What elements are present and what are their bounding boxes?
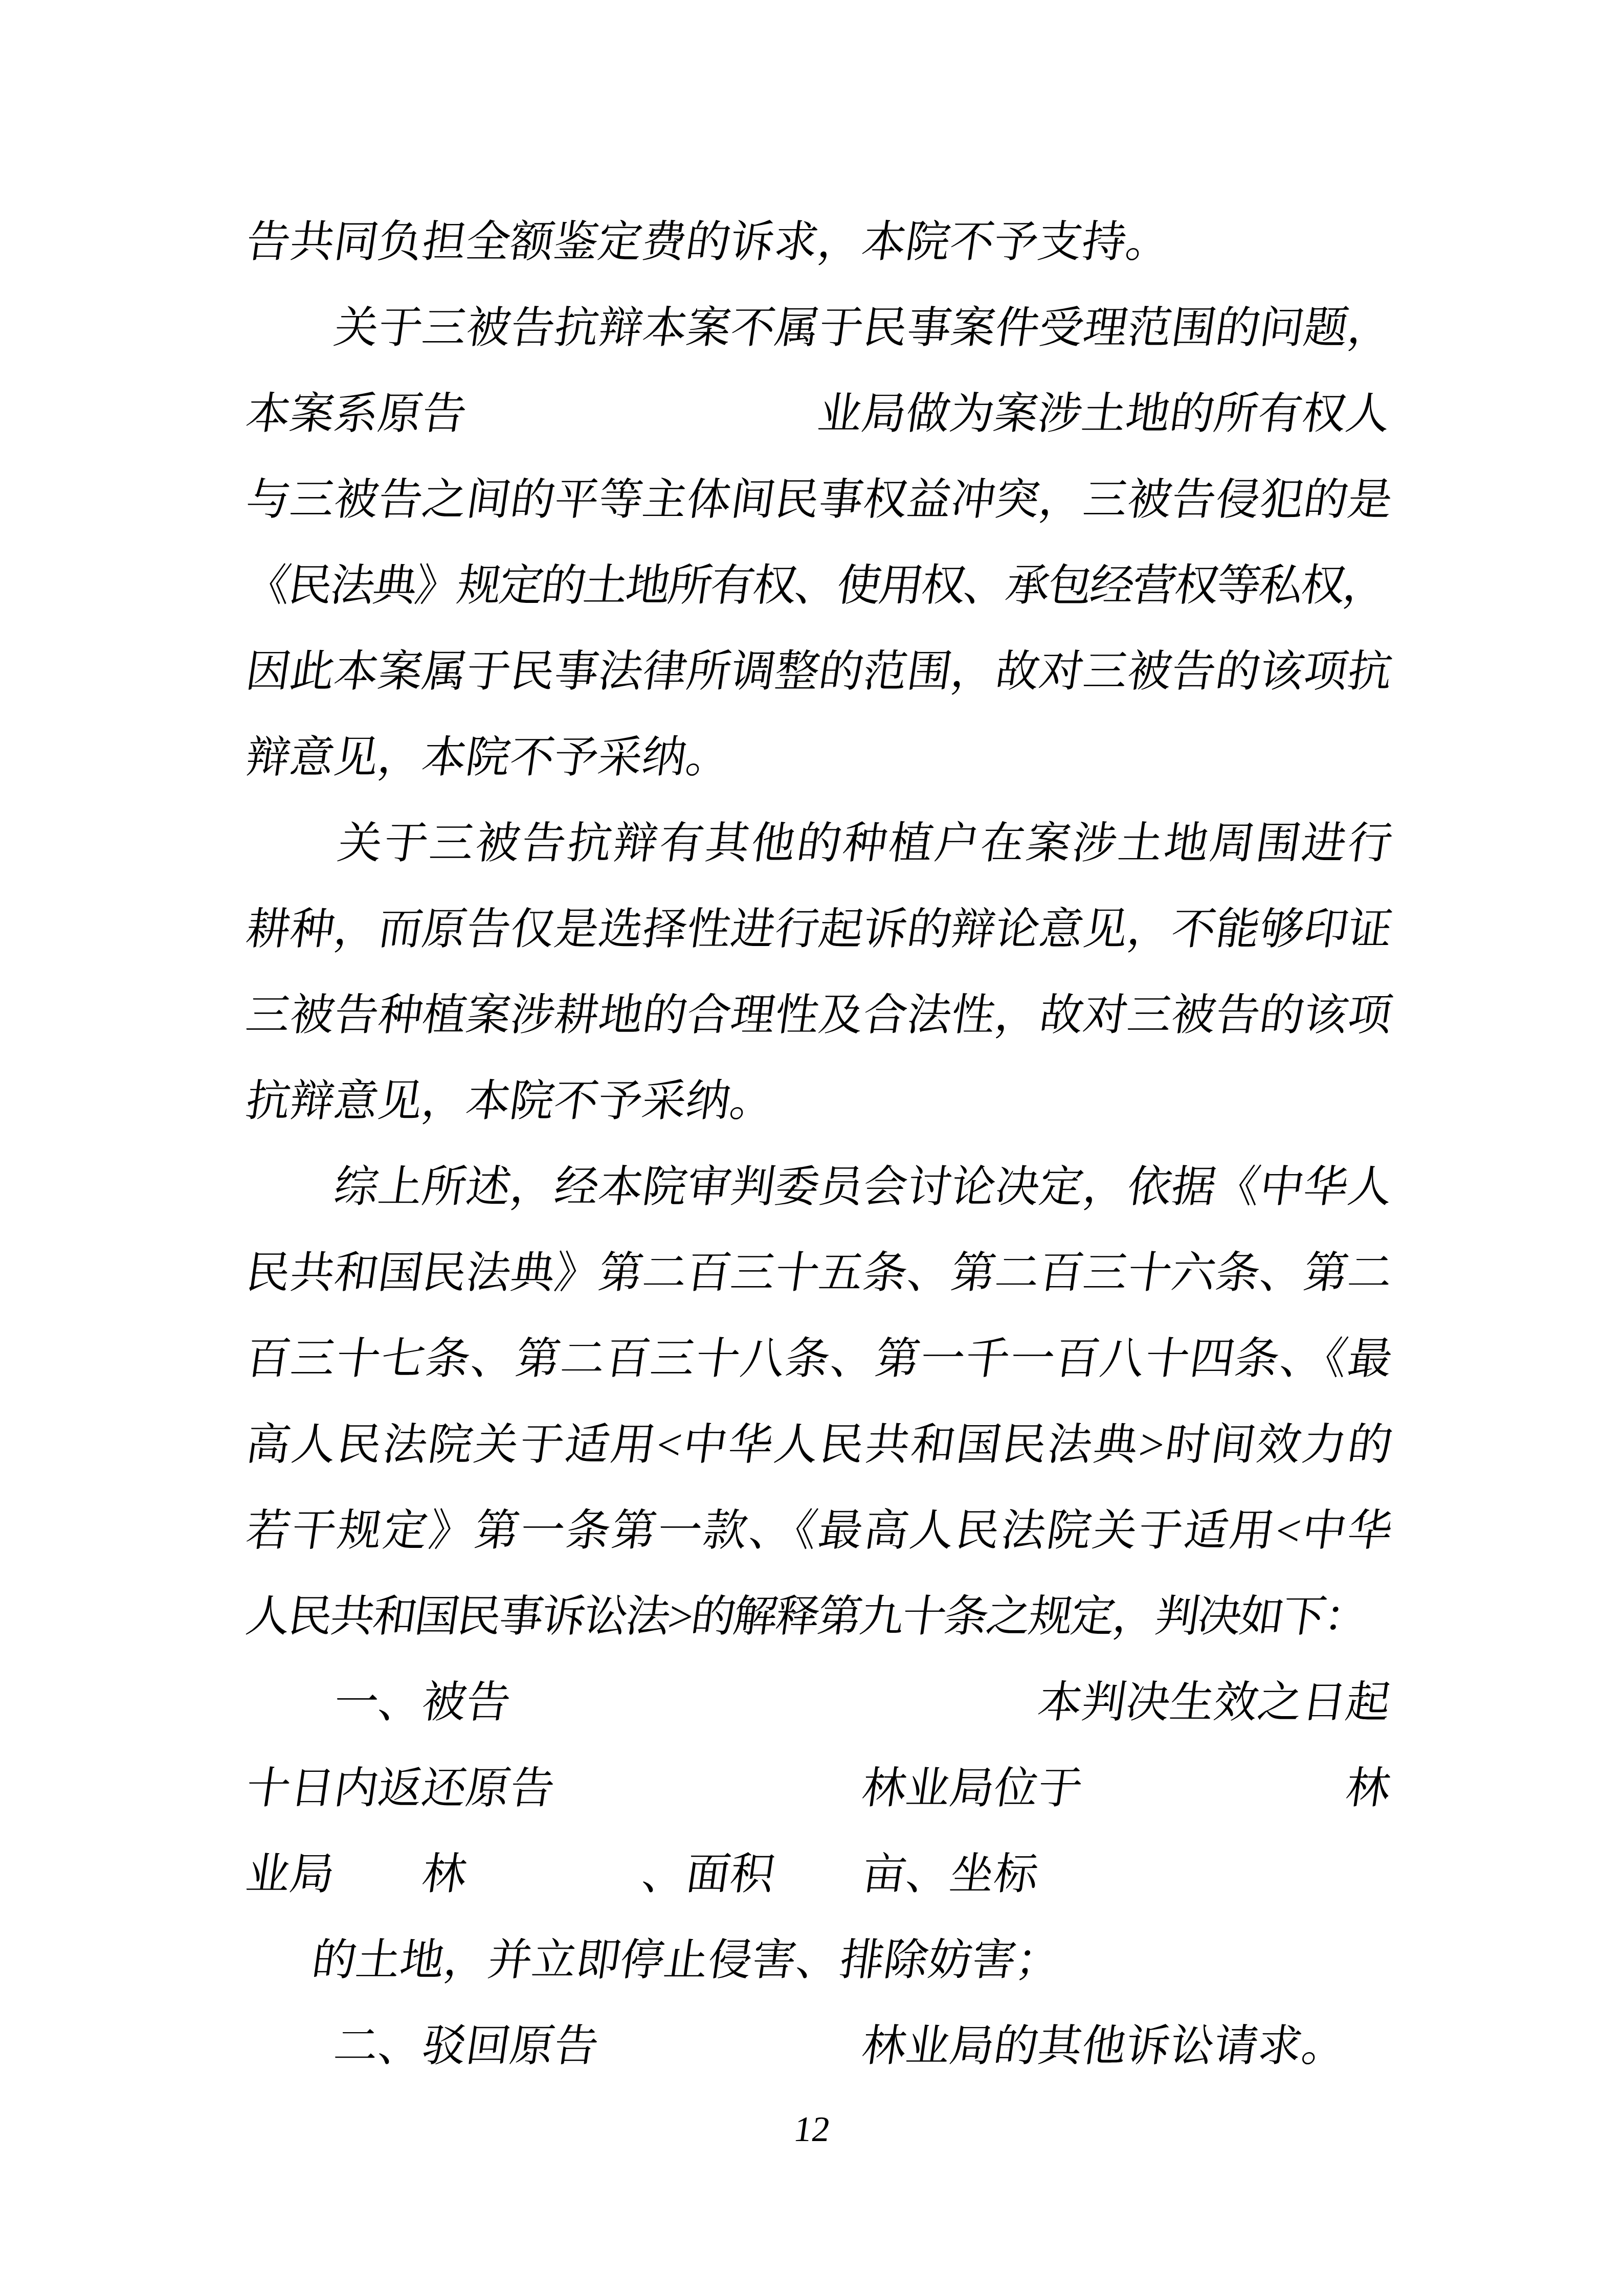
judgment-page: 告共同负担全额鉴定费的诉求，本院不予支持。 关于三被告抗辩本案不属于民事案件受理… [0, 0, 1624, 2296]
text-line: 告共同负担全额鉴定费的诉求，本院不予支持。 [240, 199, 1398, 285]
text-line: 民共和国民法典》第二百三十五条、第二百三十六条、第二 [240, 1230, 1398, 1316]
text-line: 抗辩意见，本院不予采纳。 [240, 1058, 1398, 1144]
text-line: 因此本案属于民事法律所调整的范围，故对三被告的该项抗 [240, 628, 1398, 714]
page-number: 12 [0, 2102, 1624, 2158]
text-line: 十日内返还原告 林业局位于 林 [240, 1745, 1398, 1831]
text-line: 辩意见，本院不予采纳。 [240, 714, 1398, 800]
text-line: 一、被告 本判决生效之日起 [240, 1659, 1398, 1745]
text-line: 高人民法院关于适用<中华人民共和国民法典>时间效力的 [240, 1402, 1398, 1488]
judgment-text-block: 告共同负担全额鉴定费的诉求，本院不予支持。 关于三被告抗辩本案不属于民事案件受理… [240, 199, 1386, 2089]
text-line: 的土地，并立即停止侵害、排除妨害； [240, 1917, 1398, 2003]
text-line: 人民共和国民事诉讼法>的解释第九十条之规定，判决如下： [240, 1573, 1398, 1659]
text-line: 与三被告之间的平等主体间民事权益冲突，三被告侵犯的是 [240, 457, 1398, 543]
text-line: 本案系原告 业局做为案涉土地的所有权人 [240, 371, 1398, 457]
text-line: 关于三被告抗辩本案不属于民事案件受理范围的问题， [240, 285, 1398, 371]
text-line: 关于三被告抗辩有其他的种植户在案涉土地周围进行 [240, 800, 1398, 886]
text-line: 百三十七条、第二百三十八条、第一千一百八十四条、《最 [240, 1316, 1398, 1402]
text-line: 三被告种植案涉耕地的合理性及合法性，故对三被告的该项 [240, 972, 1398, 1058]
text-line: 业局 林 、面积 亩、坐标 [240, 1831, 1398, 1917]
text-line: 综上所述，经本院审判委员会讨论决定，依据《中华人 [240, 1144, 1398, 1230]
text-line: 若干规定》第一条第一款、《最高人民法院关于适用<中华 [240, 1488, 1398, 1573]
text-line: 《民法典》规定的土地所有权、使用权、承包经营权等私权， [240, 543, 1398, 628]
text-line: 耕种，而原告仅是选择性进行起诉的辩论意见，不能够印证 [240, 886, 1398, 972]
text-line: 二、驳回原告 林业局的其他诉讼请求。 [240, 2003, 1398, 2089]
